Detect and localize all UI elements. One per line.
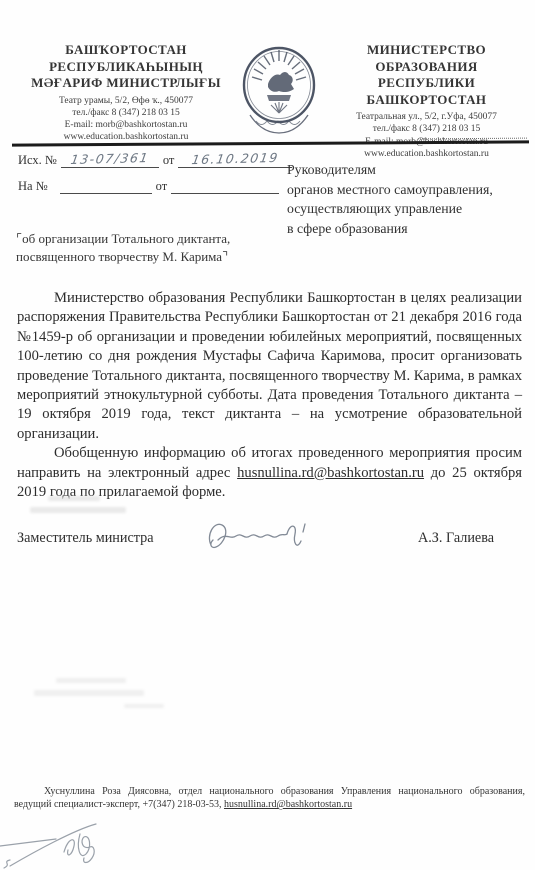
body-paragraph-1: Министерство образования Республики Башк… [17, 289, 522, 444]
org-name-line: БАШҠОРТОСТАН [12, 42, 240, 59]
handwritten-scribble-mark [0, 822, 155, 870]
outgoing-number-label: Исх. № [18, 153, 57, 168]
org-name-line: МӘҒАРИФ МИНИСТРЛЫҒЫ [12, 75, 240, 92]
subject-text-1: об организации Тотального диктанта, [22, 231, 230, 246]
incoming-number-label: На № [18, 179, 48, 194]
outgoing-reference-line: Исх. №13-07/361от16.10.2019 [18, 151, 278, 168]
executor-contact-footer: Хуснуллина Роза Диясовна, отдел национал… [14, 785, 525, 811]
org-name-bashkir: БАШҠОРТОСТАН РЕСПУБЛИКАҺЫНЫҢ МӘҒАРИФ МИН… [12, 42, 240, 92]
org-address-bashkir: Театр урамы, 5/2, Өфө ҡ., 450077 тел./фа… [12, 95, 240, 144]
subject-line-1: ⌜об организации Тотального диктанта, [16, 230, 286, 248]
executor-email: husnullina.rd@bashkortostan.ru [224, 799, 352, 810]
signer-name: А.З. Галиева [418, 530, 494, 547]
org-name-line: ОБРАЗОВАНИЯ [324, 59, 529, 76]
org-address-line: тел./факс 8 (347) 218 03 15 [324, 123, 529, 135]
org-address-russian: Театральная ул., 5/2, г.Уфа, 450077 тел.… [324, 111, 529, 160]
outgoing-date-handwritten: 16.10.2019 [191, 150, 280, 167]
org-name-line: РЕСПУБЛИКИ БАШКОРТОСТАН [324, 75, 529, 108]
outgoing-date-field: 16.10.2019 [178, 151, 292, 168]
org-name-line: МИНИСТЕРСТВО [324, 42, 529, 59]
incoming-date-field [171, 177, 279, 194]
subject-line-2: посвященного творчеству М. Карима⌝ [16, 248, 286, 266]
scan-bleedthrough-artifact [30, 496, 126, 513]
addressee-line: Руководителям [287, 160, 493, 180]
org-address-line: Театральная ул., 5/2, г.Уфа, 450077 [324, 111, 529, 123]
subject-block: ⌜об организации Тотального диктанта, пос… [16, 230, 286, 265]
scan-bleedthrough-artifact [34, 678, 164, 708]
subject-text-2: посвященного творчеству М. Карима [16, 249, 222, 264]
signer-position: Заместитель министра [17, 530, 154, 547]
addressee-line: в сфере образования [287, 219, 493, 239]
reference-block: Исх. №13-07/361от16.10.2019 На №от [18, 151, 278, 203]
outgoing-number-field: 13-07/361 [61, 151, 159, 168]
body-paragraph-2: Обобщенную информацию об итогах проведен… [17, 444, 522, 502]
addressee-line: осуществляющих управление [287, 199, 493, 219]
bashkortostan-coat-of-arms-icon [240, 43, 320, 137]
incoming-date-label: от [156, 179, 168, 194]
corner-bracket-close: ⌝ [222, 249, 228, 264]
scanned-letter-page: БАШҠОРТОСТАН РЕСПУБЛИКАҺЫНЫҢ МӘҒАРИФ МИН… [0, 0, 535, 870]
org-name-line: РЕСПУБЛИКАҺЫНЫҢ [12, 59, 240, 76]
org-address-line: E-mail: morb@bashkortostan.ru [12, 119, 240, 131]
email-address: husnullina.rd@bashkortostan.ru [237, 465, 424, 481]
org-address-line: www.education.bashkortostan.ru [324, 148, 529, 160]
incoming-number-field [60, 177, 152, 194]
handwritten-signature [205, 511, 323, 561]
org-name-russian: МИНИСТЕРСТВО ОБРАЗОВАНИЯ РЕСПУБЛИКИ БАШК… [324, 42, 529, 108]
addressee-block: Руководителям органов местного самоуправ… [287, 160, 493, 238]
incoming-reference-line: На №от [18, 177, 278, 194]
addressee-line: органов местного самоуправления, [287, 180, 493, 200]
letter-body: Министерство образования Республики Башк… [17, 289, 522, 502]
outgoing-number-handwritten: 13-07/361 [70, 150, 150, 167]
outgoing-date-label: от [163, 153, 175, 168]
org-address-line: Театр урамы, 5/2, Өфө ҡ., 450077 [12, 95, 240, 107]
org-address-line: тел./факс 8 (347) 218 03 15 [12, 107, 240, 119]
